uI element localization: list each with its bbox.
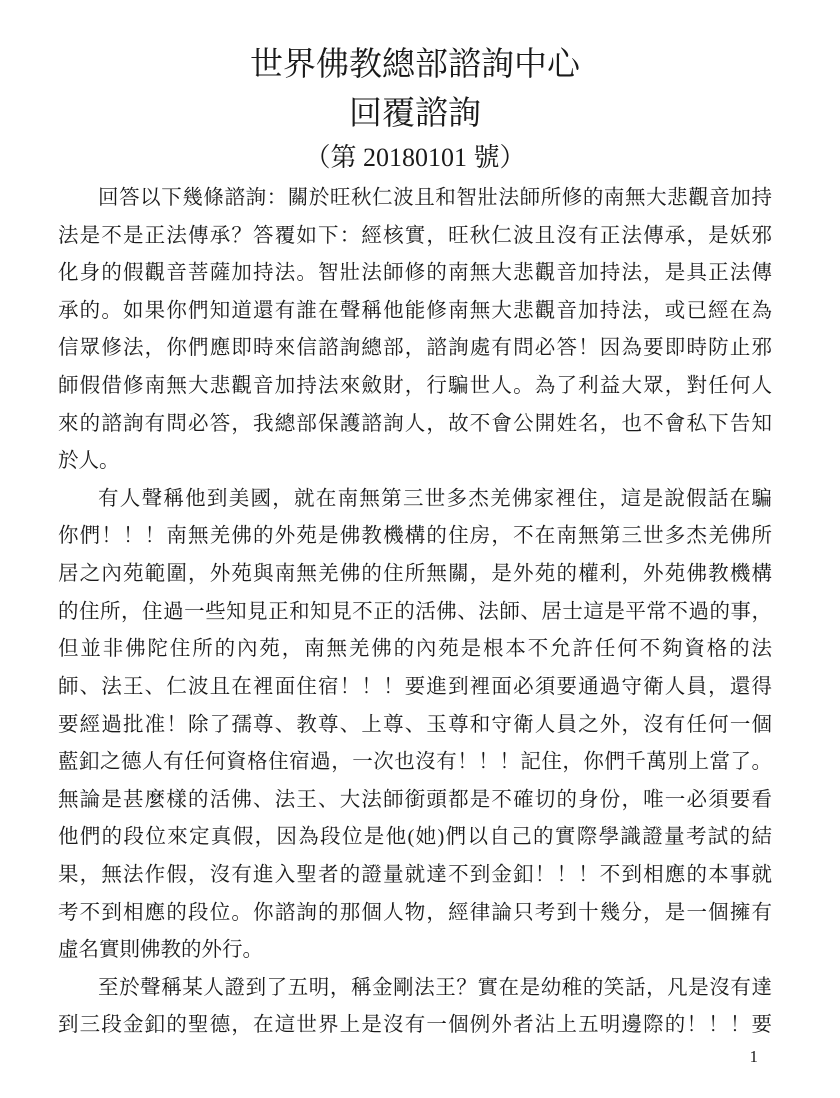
text-line: 他們的段位來定真假，因為段位是他(她)們以自己的實際學識證量考試的結 bbox=[58, 819, 772, 857]
text-line: 法是不是正法傳承？答覆如下：經核實，旺秋仁波且沒有正法傳承，是妖邪 bbox=[58, 218, 772, 256]
text-line: 考不到相應的段位。你諮詢的那個人物，經律論只考到十幾分，是一個擁有 bbox=[58, 895, 772, 933]
text-line: 藍釦之德人有任何資格住宿過，一次也沒有！！！記住，你們千萬別上當了。 bbox=[58, 744, 772, 782]
text-line: 居之內苑範圍，外苑與南無羌佛的住所無關，是外苑的權利，外苑佛教機構 bbox=[58, 556, 772, 594]
text-line: 的住所，住過一些知見正和知見不正的活佛、法師、居士這是平常不過的事， bbox=[58, 594, 772, 632]
text-line: 於人。 bbox=[58, 443, 772, 481]
text-line: 到三段金釦的聖德，在這世界上是沒有一個例外者沾上五明邊際的！！！要 bbox=[58, 1007, 772, 1045]
text-line: 承的。如果你們知道還有誰在聲稱他能修南無大悲觀音加持法，或已經在為 bbox=[58, 293, 772, 331]
text-line: 果，無法作假，沒有進入聖者的證量就達不到金釦！！！不到相應的本事就 bbox=[58, 857, 772, 895]
document-footer: 1 bbox=[58, 1046, 758, 1068]
document-subtitle: 回覆諮詢 bbox=[58, 90, 772, 138]
document-page: 世界佛教總部諮詢中心 回覆諮詢 （第 20180101 號） 回答以下幾條諮詢：… bbox=[0, 0, 840, 1098]
text-line: 你們！！！南無羌佛的外苑是佛教機構的住房，不在南無第三世多杰羌佛所 bbox=[58, 518, 772, 556]
text-line: 化身的假觀音菩薩加持法。智壯法師修的南無大悲觀音加持法，是具正法傳 bbox=[58, 255, 772, 293]
document-number: （第 20180101 號） bbox=[58, 138, 772, 178]
text-line: 師、法王、仁波且在裡面住宿！！！要進到裡面必須要通過守衛人員，還得 bbox=[58, 669, 772, 707]
text-line: 但並非佛陀住所的內苑，南無羌佛的內苑是根本不允許任何不夠資格的法 bbox=[58, 631, 772, 669]
document-body: 回答以下幾條諮詢：關於旺秋仁波且和智壯法師所修的南無大悲觀音加持法是不是正法傳承… bbox=[58, 180, 772, 1045]
text-line: 虛名實則佛教的外行。 bbox=[58, 932, 772, 970]
document-title: 世界佛教總部諮詢中心 bbox=[58, 40, 772, 90]
text-line: 有人聲稱他到美國，就在南無第三世多杰羌佛家裡住，這是說假話在騙 bbox=[58, 481, 772, 519]
text-line: 無論是甚麼樣的活佛、法王、大法師銜頭都是不確切的身份，唯一必須要看 bbox=[58, 782, 772, 820]
text-line: 來的諮詢有問必答，我總部保護諮詢人，故不會公開姓名，也不會私下告知 bbox=[58, 406, 772, 444]
text-line: 信眾修法，你們應即時來信諮詢總部，諮詢處有問必答！因為要即時防止邪 bbox=[58, 330, 772, 368]
text-line: 師假借修南無大悲觀音加持法來斂財，行騙世人。為了利益大眾，對任何人 bbox=[58, 368, 772, 406]
text-line: 要經過批准！除了孺尊、教尊、上尊、玉尊和守衛人員之外，沒有任何一個 bbox=[58, 707, 772, 745]
text-line: 至於聲稱某人證到了五明，稱金剛法王？實在是幼稚的笑話，凡是沒有達 bbox=[58, 970, 772, 1008]
page-number: 1 bbox=[750, 1047, 759, 1066]
document-header: 世界佛教總部諮詢中心 回覆諮詢 （第 20180101 號） bbox=[58, 40, 772, 178]
text-line: 回答以下幾條諮詢：關於旺秋仁波且和智壯法師所修的南無大悲觀音加持 bbox=[58, 180, 772, 218]
